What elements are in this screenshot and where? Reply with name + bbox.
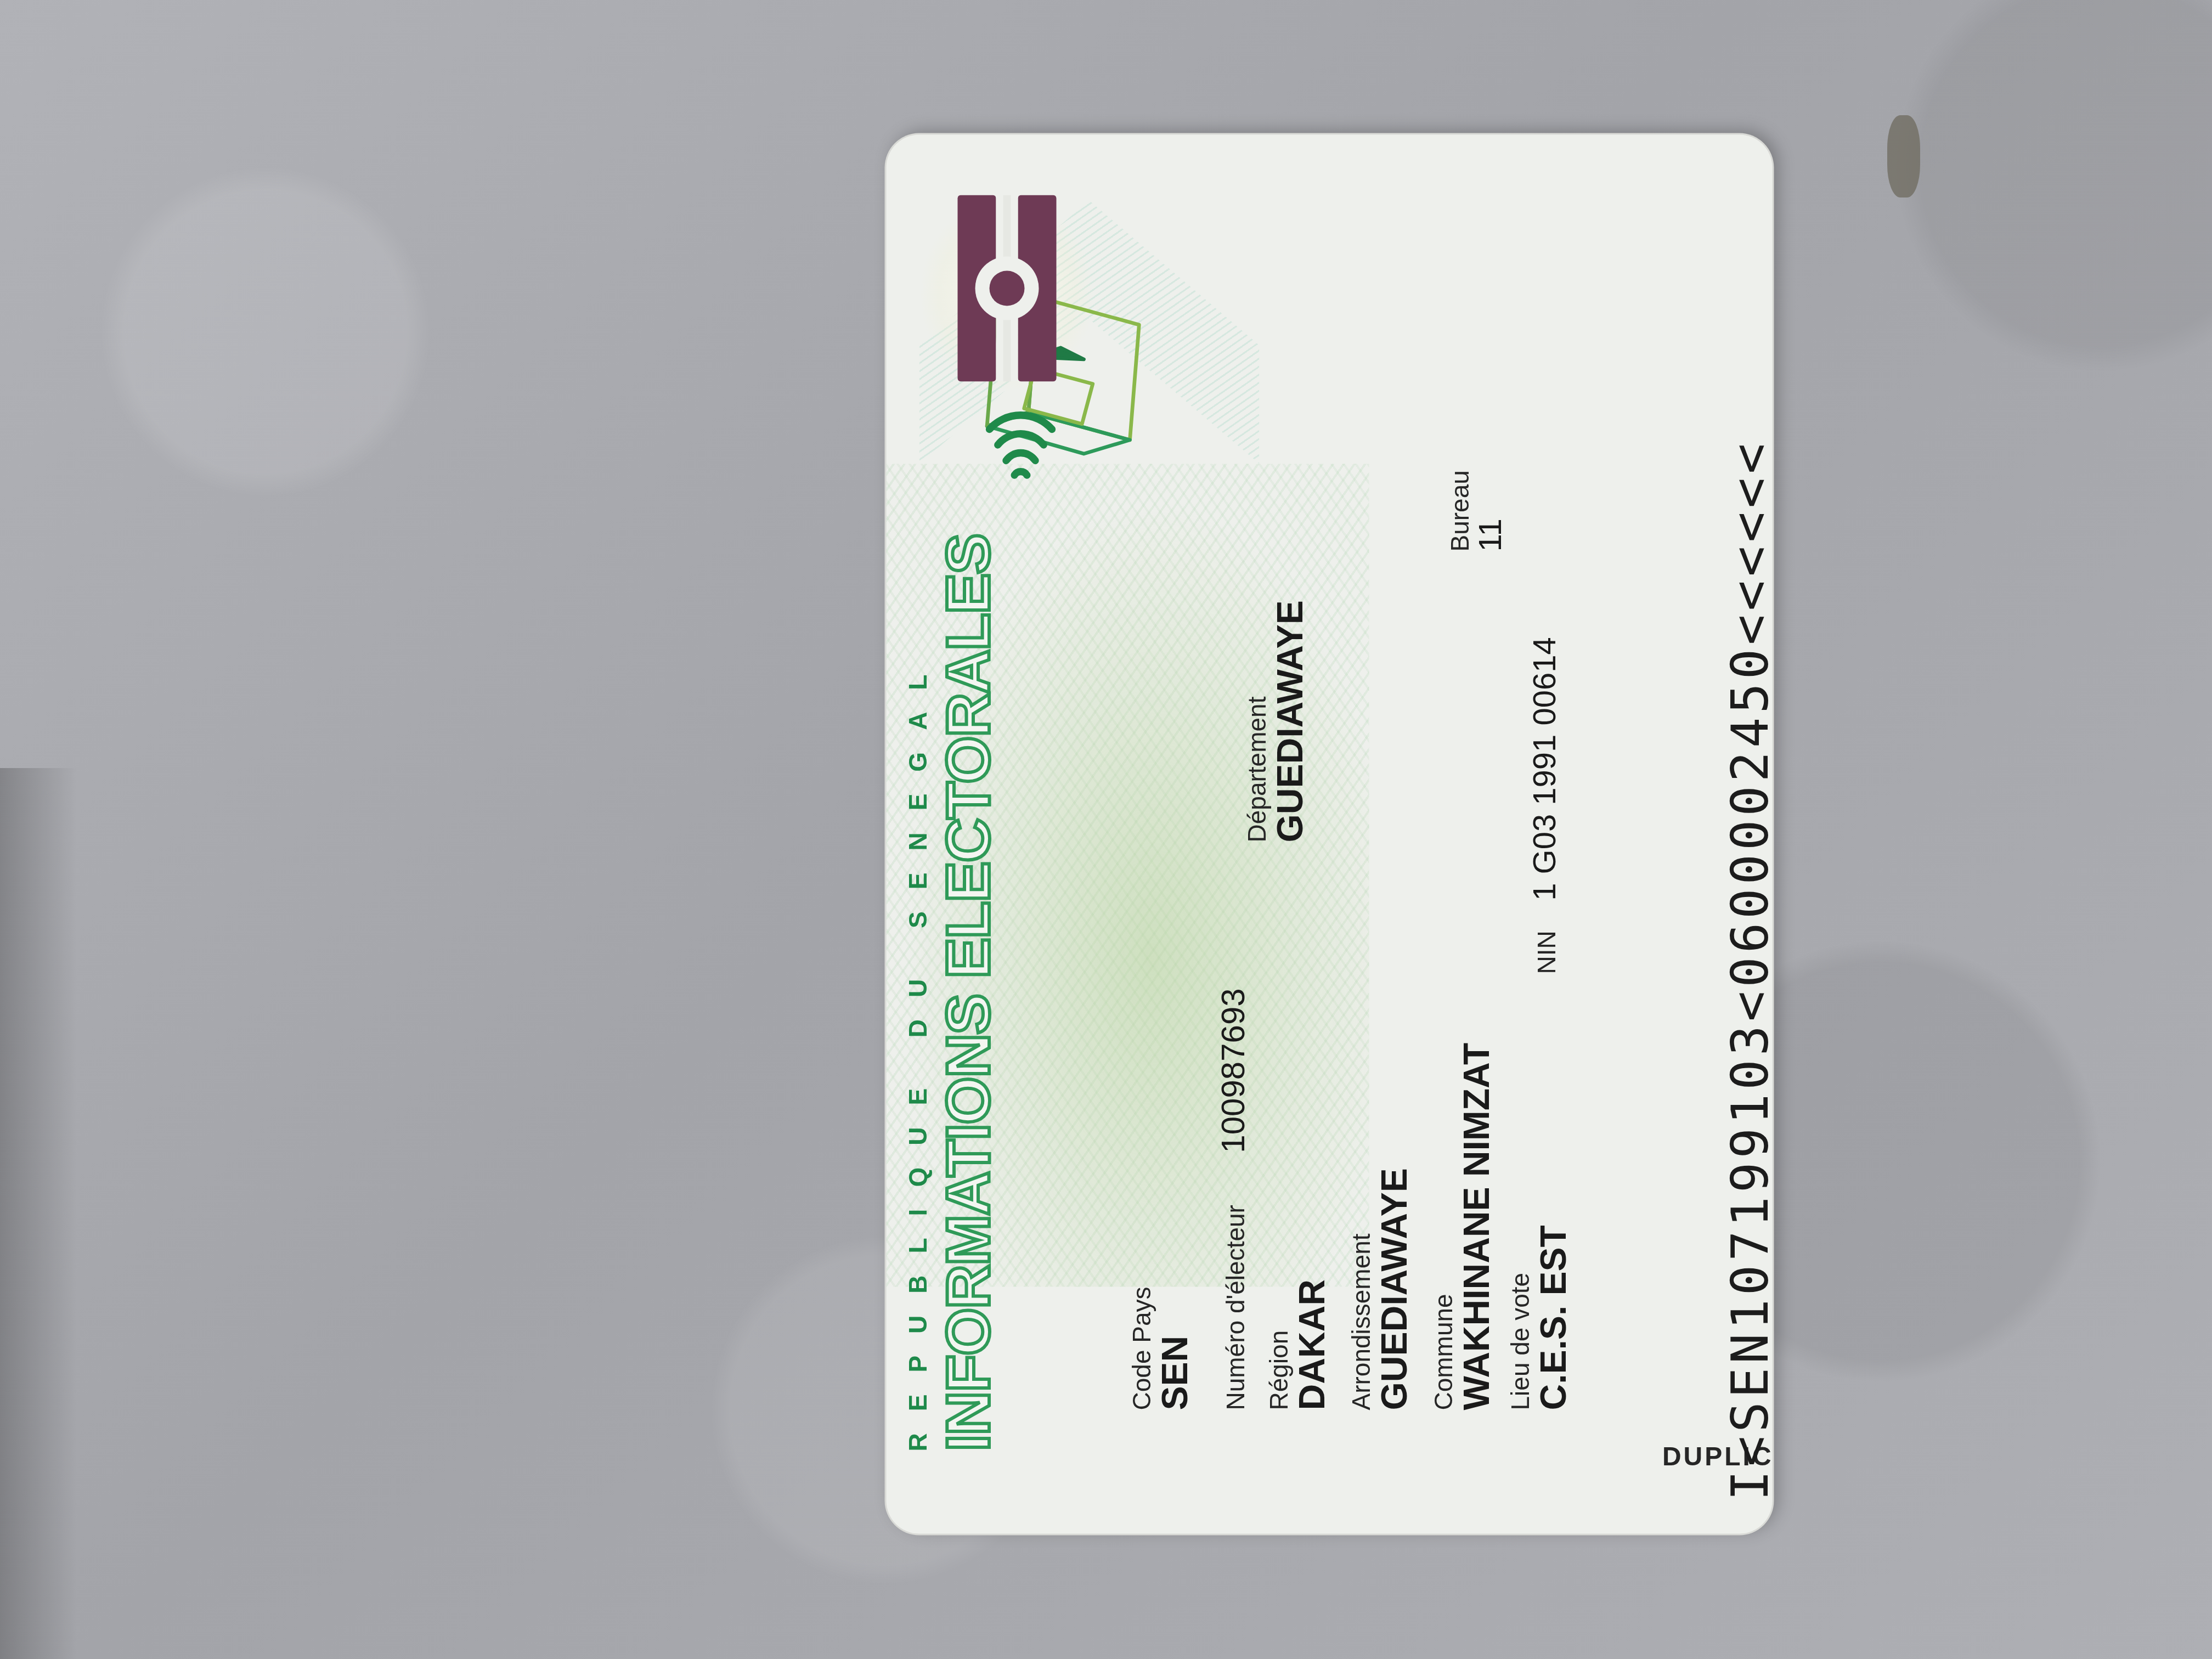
smart-chip-icon [952,195,1062,381]
nfc-contactless-icon [968,398,1073,502]
field-label: Région [1265,1279,1293,1410]
field-label: Arrondissement [1347,1168,1375,1410]
field-label: Code Pays [1127,1286,1155,1410]
field-value: DAKAR [1293,1279,1330,1410]
field-value: 100987693 [1214,988,1251,1153]
field-value: GUEDIAWAYE [1375,1168,1413,1410]
field-value: WAKHINANE NIMZAT [1457,1042,1495,1410]
field-commune: Commune WAKHINANE NIMZAT [1429,1042,1495,1410]
field-label: Lieu de vote [1506,1225,1534,1410]
field-value: 1 G03 1991 00614 [1526,637,1562,901]
voter-information-card: REPUBLIQUE DU SENEGAL INFORMATIONS ELECT… [886,134,1772,1533]
field-label: Commune [1429,1042,1457,1410]
field-region: Région DAKAR [1265,1279,1330,1410]
field-label: Département [1243,600,1271,842]
country-name: REPUBLIQUE DU SENEGAL [902,464,932,1451]
field-label: Numéro d'électeur [1221,1205,1249,1410]
card-placement: REPUBLIQUE DU SENEGAL INFORMATIONS ELECT… [886,134,1772,1533]
field-bureau: Bureau 11 [1446,470,1506,551]
field-arrondissement: Arrondissement GUEDIAWAYE [1347,1168,1413,1410]
field-label: Bureau [1446,470,1474,551]
field-numero-electeur: Numéro d'électeur 100987693 [1215,988,1250,1410]
field-nin: NIN 1 G03 1991 00614 [1528,637,1561,974]
field-code-pays: Code Pays SEN [1127,1286,1193,1410]
field-value: GUEDIAWAYE [1271,600,1308,842]
surface-speck [1887,115,1920,198]
field-value: 11 [1474,470,1507,551]
machine-readable-zone: I<SEN107199103<0600002450<<<<<< 9105067M… [1575,162,1772,1500]
mrz-line-1: I<SEN107199103<0600002450<<<<<< [1715,162,1772,1500]
field-label: NIN [1532,930,1560,974]
field-lieu-de-vote: Lieu de vote C.E.S. EST [1506,1225,1572,1410]
card-header: REPUBLIQUE DU SENEGAL INFORMATIONS ELECT… [902,464,1000,1451]
field-value: C.E.S. EST [1534,1225,1572,1410]
card-title: INFORMATIONS ELECTORALES [935,464,1000,1451]
field-value: SEN [1155,1286,1193,1410]
surface-shadow [0,768,77,1659]
field-departement: Département GUEDIAWAYE [1243,600,1308,842]
